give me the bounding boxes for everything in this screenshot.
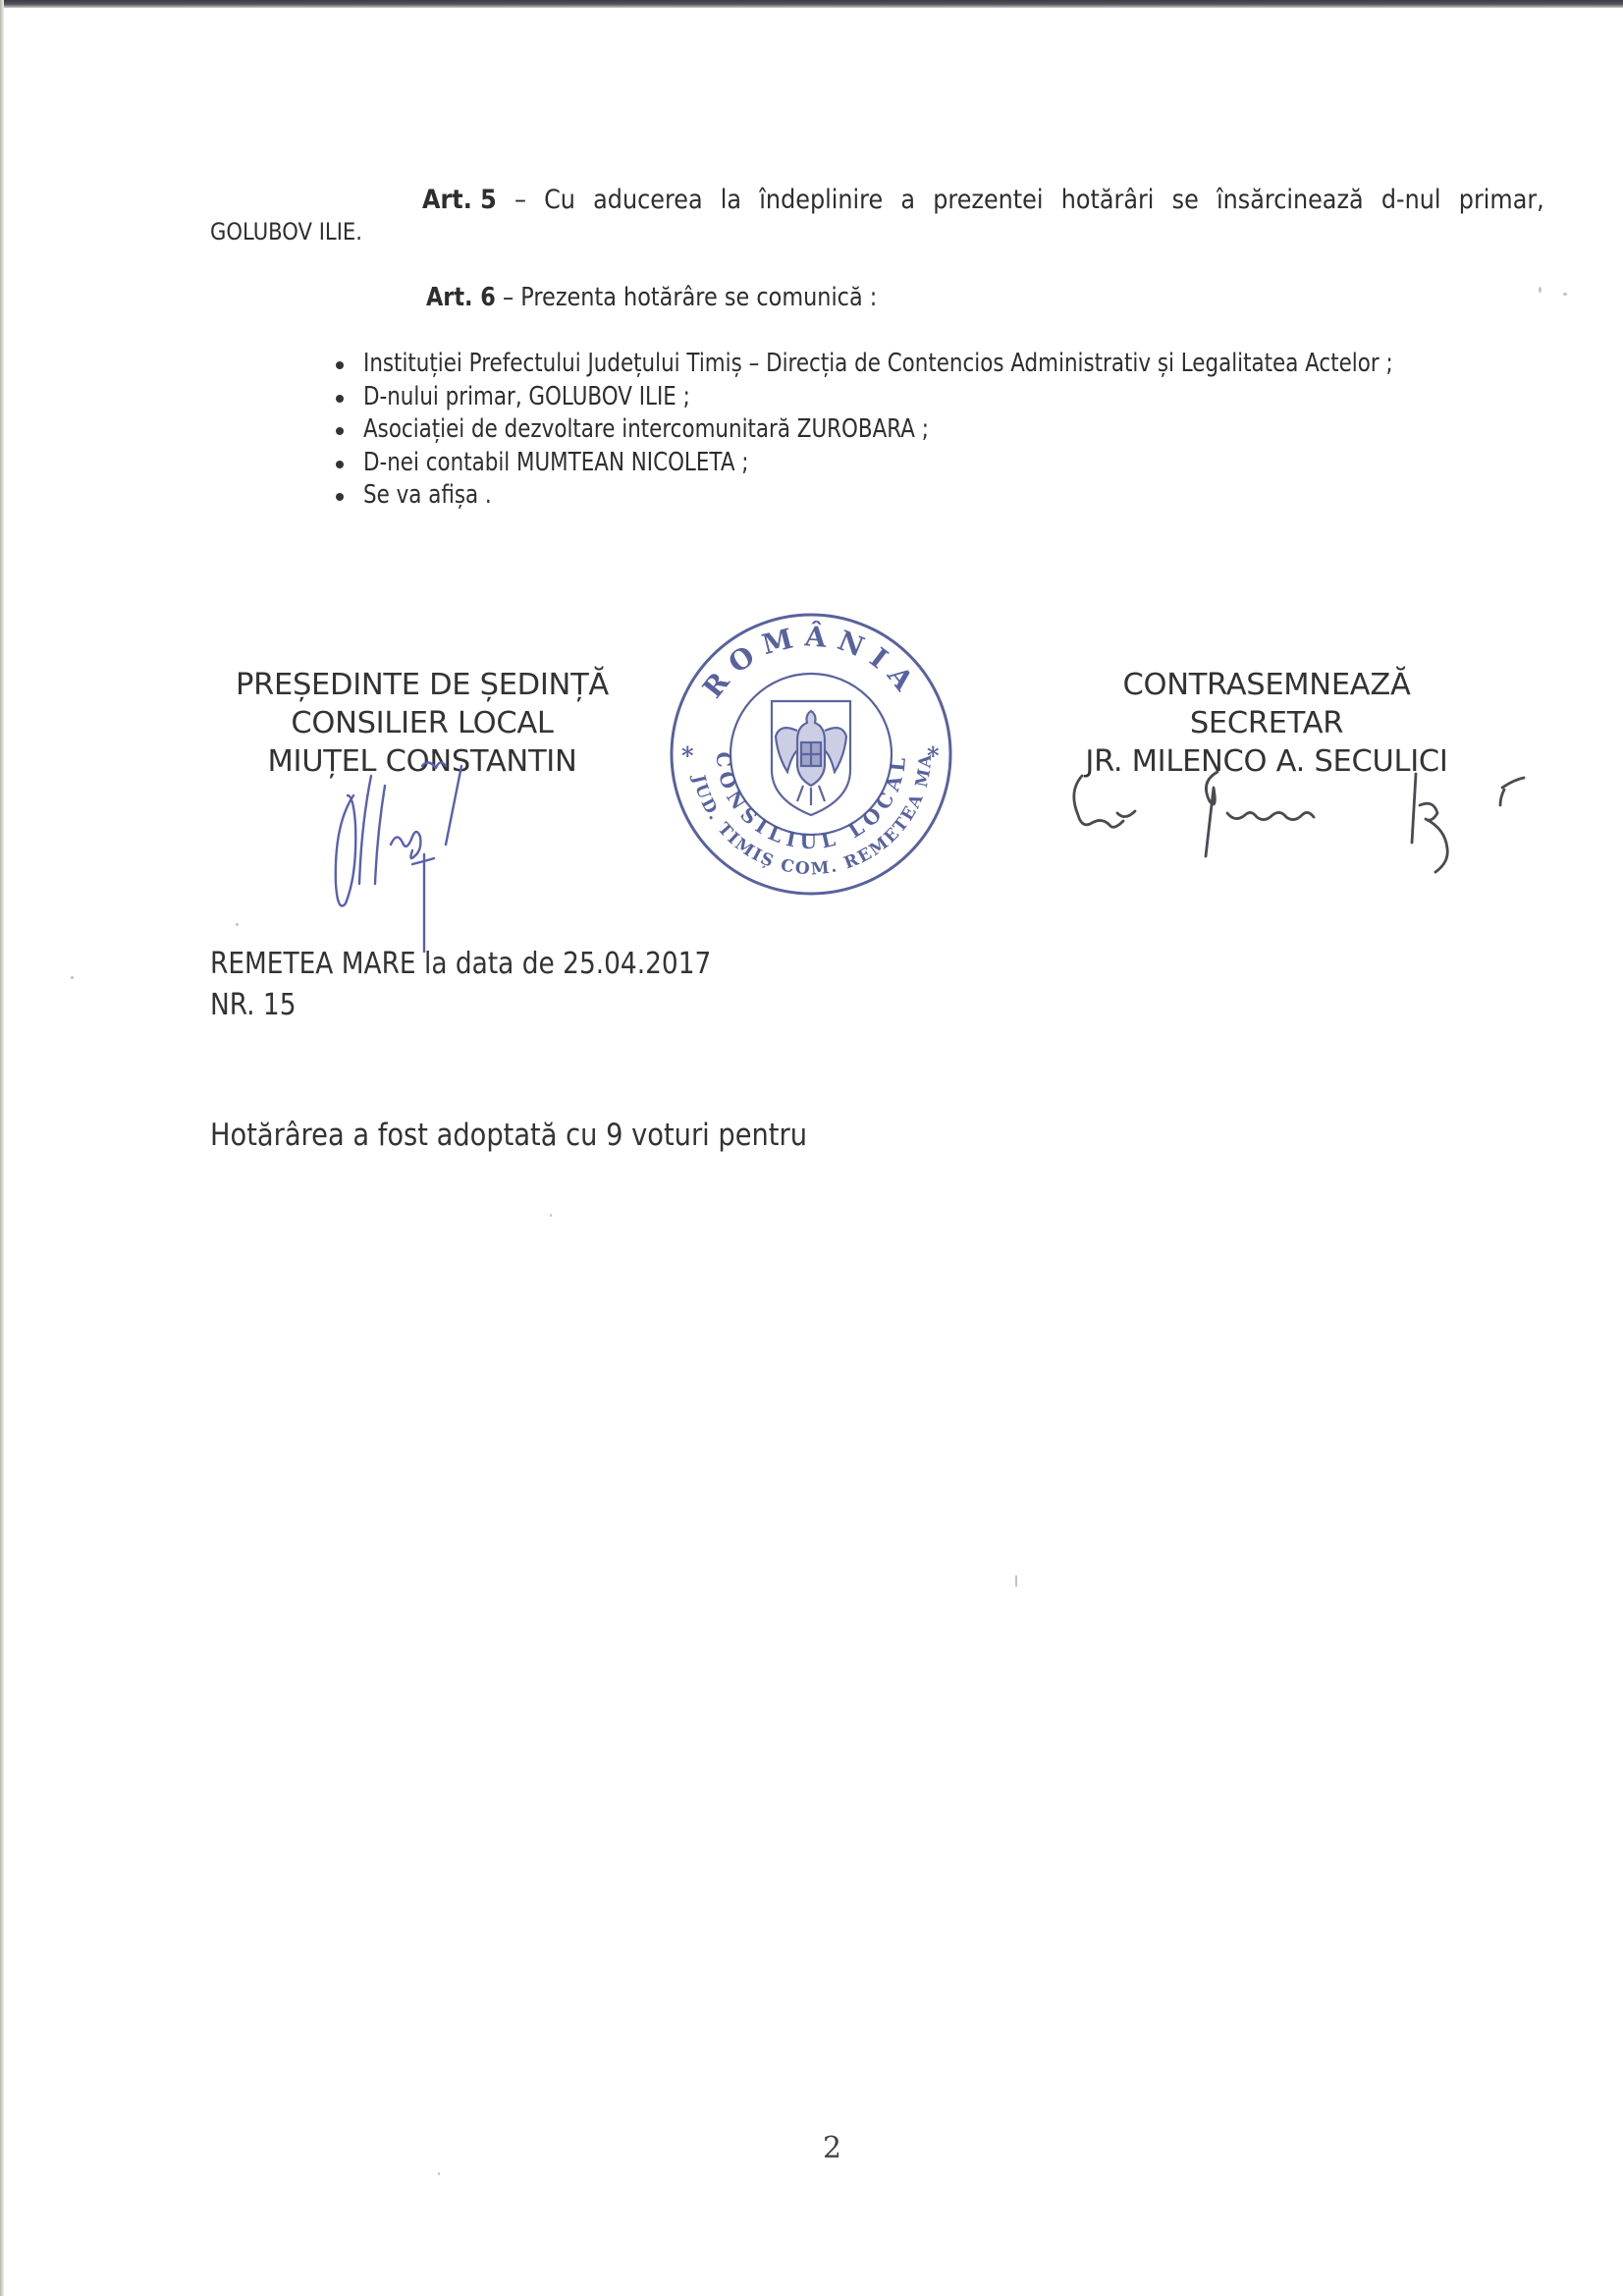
scan-speck [71,976,74,979]
scan-top-edge [0,0,1623,8]
scan-speck [550,1214,552,1217]
scan-speck [1539,287,1542,293]
vote-note-text: Hotărârea a fost adoptată cu 9 voturi pe… [210,1118,807,1153]
article-5-continuation: GOLUBOV ILIE. [210,218,383,246]
list-item: D-nului primar, GOLUBOV ILIE ; [334,381,1589,414]
article-6: Art. 6 – Prezenta hotărâre se comunică : [426,283,950,312]
article-6-label: Art. 6 [426,283,496,312]
president-title: CONSILIER LOCAL [216,704,628,742]
scan-left-edge [0,0,4,2296]
document-number: NR. 15 [210,988,307,1022]
stamp-star-left: * [681,741,694,770]
coat-of-arms-icon [772,701,850,815]
list-item: Instituției Prefectului Județului Timiș … [334,348,1589,381]
recipient-text: D-nei contabil MUMTEAN NICOLETA ; [363,447,749,480]
list-item: D-nei contabil MUMTEAN NICOLETA ; [334,447,1589,480]
secretary-role: CONTRASEMNEAZĂ [1070,666,1463,704]
secretary-signature [1070,766,1532,894]
scan-speck [1563,293,1567,296]
article-5-text: – Cu aducerea la îndeplinire a prezentei… [497,185,1544,215]
recipient-text: Asociației de dezvoltare intercomunitară… [363,413,929,447]
official-stamp: ROMÂNIA JUD. TIMIȘ COM. REMETEA MARE CON… [660,607,962,902]
place-date-text: REMETEA MARE la data de 25.04.2017 [210,947,711,981]
article-5-continuation-text: GOLUBOV ILIE. [210,218,362,246]
scan-speck [1015,1575,1017,1587]
list-item: Se va afișa . [334,479,1589,513]
signature-block-president: PREȘEDINTE DE ȘEDINȚĂ CONSILIER LOCAL MI… [216,666,628,781]
scan-speck [438,2172,440,2175]
recipient-text: Se va afișa . [363,479,492,513]
document-number-text: NR. 15 [210,988,297,1022]
scan-speck [236,923,239,926]
article-5: Art. 5 – Cu aducerea la îndeplinire a pr… [422,185,1623,215]
recipient-text: Instituției Prefectului Județului Timiș … [363,348,1393,381]
secretary-title: SECRETAR [1070,704,1463,742]
recipients-list: Instituției Prefectului Județului Timiș … [334,348,1589,513]
president-signature [314,756,540,953]
stamp-star-right: * [927,741,940,770]
article-6-text: – Prezenta hotărâre se comunică : [496,283,877,312]
article-5-label: Art. 5 [422,185,497,215]
vote-note: Hotărârea a fost adoptată cu 9 voturi pe… [210,1118,889,1153]
list-item: Asociației de dezvoltare intercomunitară… [334,413,1589,447]
secretary-name: JR. MILENCO A. SECULICI [1070,742,1463,781]
stamp-top-text: ROMÂNIA [696,620,926,704]
signature-block-secretary: CONTRASEMNEAZĂ SECRETAR JR. MILENCO A. S… [1070,666,1463,781]
page-number: 2 [823,2131,841,2165]
recipient-text: D-nului primar, GOLUBOV ILIE ; [363,381,690,414]
place-date: REMETEA MARE la data de 25.04.2017 [210,947,780,981]
president-role: PREȘEDINTE DE ȘEDINȚĂ [216,666,628,704]
president-name: MIUȚEL CONSTANTIN [216,742,628,781]
